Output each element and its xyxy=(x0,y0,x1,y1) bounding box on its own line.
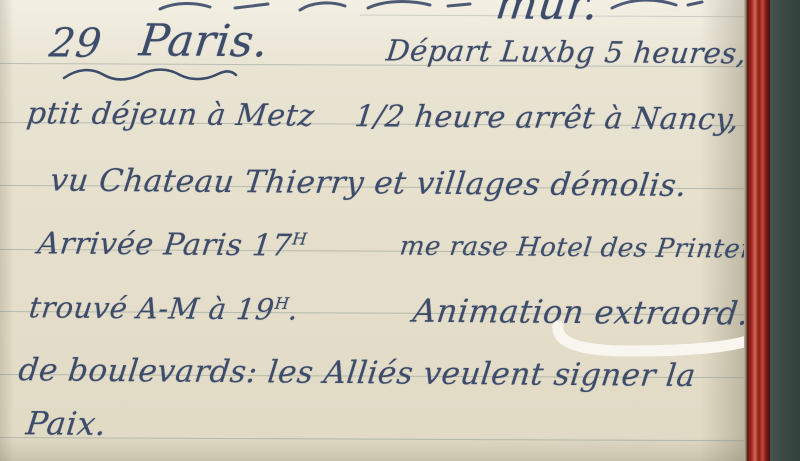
handwriting-line-chateau: vu Chateau Thierry et villages démolis. xyxy=(48,162,688,204)
handwriting-line-animation: Animation extraord. xyxy=(411,292,751,333)
handwriting-line-hotel: me rase Hotel des Printemps xyxy=(398,232,798,265)
diary-day-number: 29 xyxy=(47,20,104,66)
notebook-photo: mur. 29 Paris. Départ Luxbg 5 heures, pt… xyxy=(0,0,800,461)
book-red-edge xyxy=(744,0,770,461)
handwriting-line-dejeuner: ptit déjeun à Metz xyxy=(25,96,316,133)
cutoff-top-word: mur. xyxy=(493,0,601,30)
trouve-period: . xyxy=(287,293,301,327)
arrivee-hour-superscript: H xyxy=(291,230,308,249)
diary-place-title: Paris. xyxy=(137,15,271,67)
background-dark-edge xyxy=(770,0,800,461)
handwriting-line-boulevards: de boulevards: les Alliés veulent signer… xyxy=(17,352,698,394)
handwriting-layer: mur. 29 Paris. Départ Luxbg 5 heures, pt… xyxy=(0,0,800,461)
handwriting-line-depart: Départ Luxbg 5 heures, xyxy=(385,33,749,70)
handwriting-line-arret: 1/2 heure arrêt à Nancy, xyxy=(353,99,741,137)
handwriting-line-arrivee: Arrivée Paris 17H xyxy=(36,226,309,263)
handwriting-line-trouve: trouvé A-M à 19H. xyxy=(27,290,300,326)
trouve-text: trouvé A-M à 19 xyxy=(27,290,276,326)
arrivee-text: Arrivée Paris 17 xyxy=(36,226,294,263)
handwriting-line-paix: Paix. xyxy=(24,404,108,443)
